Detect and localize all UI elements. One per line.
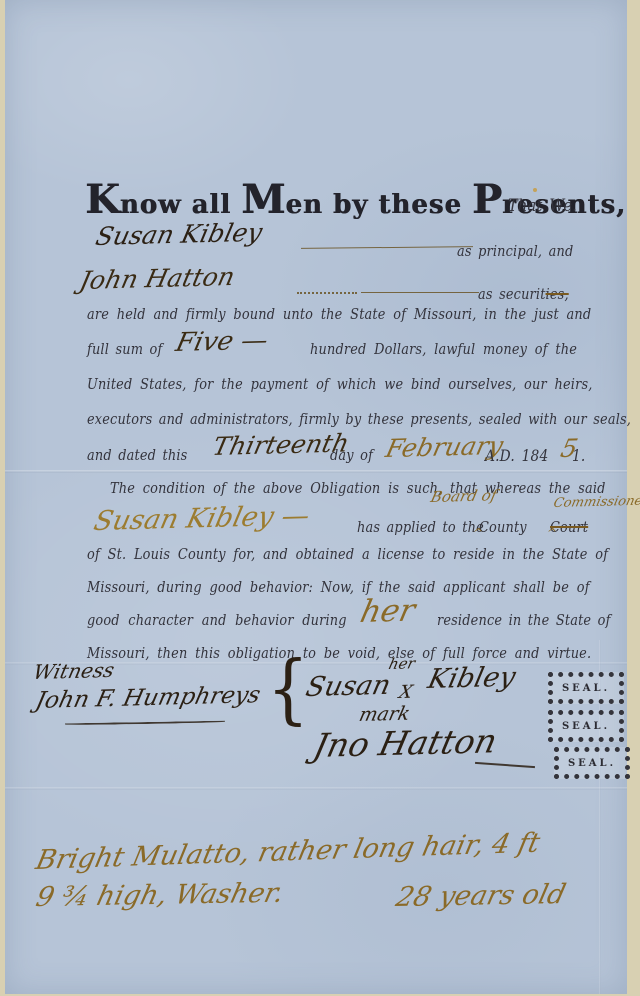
security-signature: Jno Hatton [310,721,501,765]
principal-signature-last: Kibley [425,662,518,695]
principal-role-label: as principal, and [457,244,573,259]
seal-label: SEAL. [562,721,610,732]
body-line-2-pre: full sum of [87,342,162,357]
seal-box-2: SEAL. [548,710,624,742]
security-role-label: as securities, [478,287,569,302]
signature-flourish [475,762,535,768]
body-line-1: are held and firmly bound unto the State… [87,307,591,322]
heading-initial-p: P [472,176,502,223]
struck-text: ies, [546,285,569,303]
witness-label: Witness [31,658,117,684]
insert-commissioners: Commissioners [552,493,640,511]
scanned-document-page: { "colors": { "paper_blue": "#b6c4d7", "… [0,0,640,996]
flourish-line [301,246,473,249]
applicant-name-handwritten: Susan Kibley — [91,500,313,537]
county-word: County [479,520,527,535]
condition-line-5-post: residence in the State of [437,613,611,628]
mark-label: mark [357,703,412,726]
condition-line-4: Missouri, during good behavior: Now, if … [87,580,590,595]
seal-label: SEAL. [562,683,610,694]
condition-line-2-mid: has applied to the [357,520,484,535]
witness-signature: John F. Humphreys [33,682,263,714]
body-line-2-post: hundred Dollars, lawful money of the [310,342,577,357]
description-note-line-2a: 9 ¾ high, Washer. [33,878,287,913]
insertion-caret: ^ [545,526,558,540]
body-line-4: executors and administrators, firmly by … [87,412,631,427]
insertion-caret: ^ [471,526,484,540]
seal-label: SEAL. [568,758,616,769]
seal-box-3: SEAL. [554,747,630,779]
blue-paper-sheet: Know all Men by these Presents, That We.… [5,0,627,994]
body-line-3: United States, for the payment of which … [87,377,593,392]
year-end-printed: 1. [572,448,585,464]
flourish-line [361,292,479,293]
body-line-5-pre: and dated this [87,448,187,463]
description-note-line-1: Bright Mulatto, rather long hair, 4 ft [33,828,543,876]
heading-initial-m: M [241,176,285,223]
principal-name-handwritten: Susan Kibley [93,218,265,251]
seal-box-1: SEAL. [548,672,624,704]
heading-suffix: That We. [508,198,577,215]
principal-signature-first: Susan [303,670,394,703]
year-printed: A.D. 184 [485,448,548,464]
fold-crease-upper [5,470,627,473]
condition-line-5-pre: good character and behavior during [87,613,347,628]
signature-flourish [65,721,225,726]
fold-crease-lower [5,787,627,790]
description-note-line-2b: 28 years old [393,879,569,913]
condition-line-6: Missouri, then this obligation to be voi… [87,646,591,661]
security-name-handwritten: John Hatton [77,262,238,295]
pronoun-handwritten: her [357,593,418,630]
amount-handwritten: Five — [173,326,271,358]
heading-initial-k: K [85,176,120,223]
condition-line-3: of St. Louis County for, and obtained a … [87,547,608,562]
signature-mark-x: X [397,682,415,703]
brace-mark: { [267,651,309,727]
flourish-squiggle [297,292,357,294]
insert-board-of: Board of [429,486,499,506]
body-line-5-mid: day of [330,448,373,463]
condition-line-1: The condition of the above Obligation is… [110,481,606,496]
